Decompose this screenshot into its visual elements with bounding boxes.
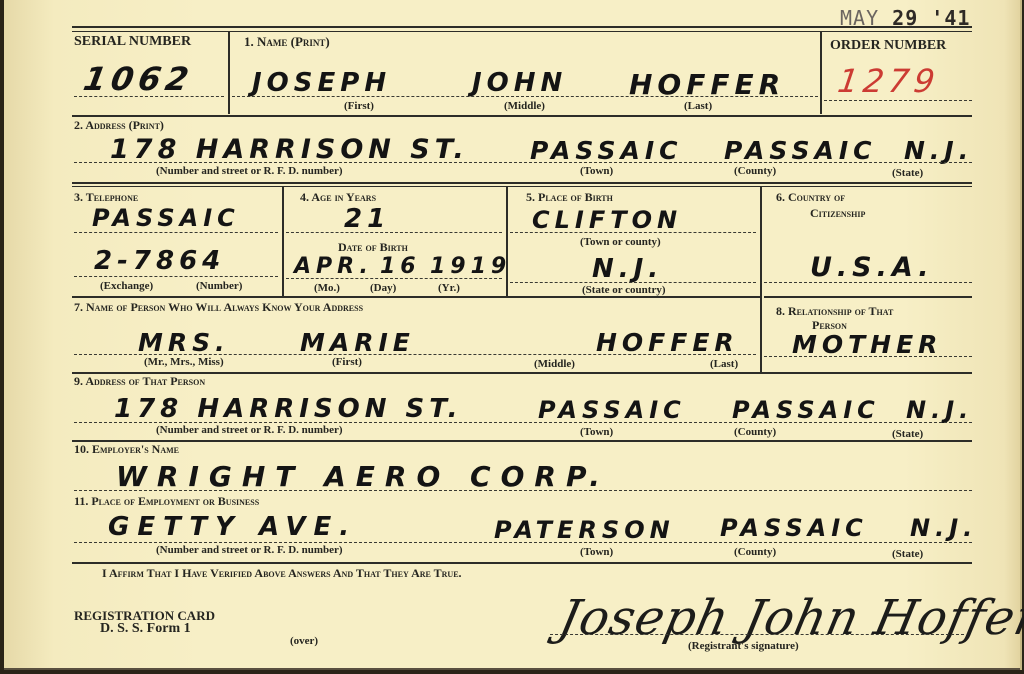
address-dotted-line bbox=[74, 162, 972, 163]
form-name: D. S. S. Form 1 bbox=[100, 621, 191, 637]
citizenship-label-1: 6. Country of bbox=[776, 190, 845, 205]
employment-dotted-line bbox=[74, 542, 972, 543]
birthplace-state-dotted-line bbox=[510, 282, 756, 283]
caption-town: (Town) bbox=[580, 546, 613, 558]
employer-dotted-line bbox=[74, 490, 972, 491]
row-rule bbox=[72, 372, 972, 374]
caption-state: (State) bbox=[892, 548, 923, 560]
telephone-number: 2-7864 bbox=[94, 246, 225, 276]
caption-contact-middle: (Middle) bbox=[534, 358, 575, 370]
contact-address-dotted-line bbox=[74, 422, 972, 423]
contact-address-county: PASSAIC bbox=[732, 396, 880, 424]
caption-yr: (Yr.) bbox=[438, 282, 460, 294]
divider bbox=[506, 186, 508, 296]
address-state: N.J. bbox=[904, 136, 973, 165]
row-rule bbox=[72, 296, 760, 298]
birthplace-town: CLIFTON bbox=[532, 206, 682, 234]
caption-contact-last: (Last) bbox=[710, 358, 738, 370]
caption-last: (Last) bbox=[684, 100, 712, 112]
row-rule bbox=[764, 296, 972, 298]
caption-town-county: (Town or county) bbox=[580, 236, 661, 248]
row-rule bbox=[72, 115, 972, 117]
dob-day: 16 bbox=[380, 254, 421, 279]
dob-dotted-line bbox=[286, 278, 502, 279]
over-note: (over) bbox=[290, 635, 318, 647]
contact-address-street: 178 HARRISON ST. bbox=[114, 394, 462, 424]
caption-first: (First) bbox=[344, 100, 374, 112]
address-town: PASSAIC bbox=[530, 136, 683, 165]
contact-label: 7. Name of Person Who Will Always Know Y… bbox=[74, 300, 363, 315]
address-county: PASSAIC bbox=[724, 136, 877, 165]
telephone-number-dotted-line bbox=[74, 276, 278, 277]
order-number-value: 1279 bbox=[835, 62, 942, 100]
signature-dotted-line bbox=[550, 634, 964, 635]
affirmation-text: I Affirm That I Have Verified Above Answ… bbox=[102, 566, 462, 581]
signature-caption: (Registrant's signature) bbox=[688, 640, 799, 652]
employment-county: PASSAIC bbox=[720, 514, 868, 542]
serial-number-label: SERIAL NUMBER bbox=[74, 34, 191, 50]
age-value: 21 bbox=[344, 204, 390, 234]
dob-month: APR. bbox=[294, 254, 373, 279]
birthplace-dotted-line bbox=[510, 232, 756, 233]
contact-title: MRS. bbox=[138, 328, 230, 357]
caption-state-country: (State or country) bbox=[582, 284, 666, 296]
name-first: JOSEPH bbox=[252, 68, 391, 98]
age-dotted-line bbox=[286, 232, 502, 233]
contact-address-town: PASSAIC bbox=[538, 396, 686, 424]
top-rule bbox=[72, 26, 972, 28]
citizenship-value: U.S.A. bbox=[810, 252, 934, 283]
employer-label: 10. Employer's Name bbox=[74, 442, 179, 457]
caption-street: (Number and street or R. F. D. number) bbox=[156, 165, 343, 177]
row-rule bbox=[72, 562, 972, 564]
contact-dotted-line bbox=[74, 354, 756, 355]
relationship-value: MOTHER bbox=[792, 330, 942, 359]
relationship-label-1: 8. Relationship of That bbox=[776, 304, 893, 319]
caption-state: (State) bbox=[892, 428, 923, 440]
top-rule-thin bbox=[72, 31, 972, 32]
card-bottom-edge bbox=[4, 668, 1020, 670]
contact-first: MARIE bbox=[300, 328, 415, 357]
caption-street: (Number and street or R. F. D. number) bbox=[156, 424, 343, 436]
employment-state: N.J. bbox=[910, 514, 977, 542]
address-label: 2. Address (Print) bbox=[74, 118, 164, 133]
caption-middle: (Middle) bbox=[504, 100, 545, 112]
caption-street: (Number and street or R. F. D. number) bbox=[156, 544, 343, 556]
order-number-label: ORDER NUMBER bbox=[830, 38, 946, 54]
caption-county: (County) bbox=[734, 546, 776, 558]
caption-county: (County) bbox=[734, 426, 776, 438]
telephone-dotted-line bbox=[74, 232, 278, 233]
caption-town: (Town) bbox=[580, 426, 613, 438]
row-rule bbox=[72, 182, 972, 184]
contact-address-label: 9. Address of That Person bbox=[74, 374, 205, 389]
relationship-dotted-line bbox=[764, 356, 972, 357]
telephone-label: 3. Telephone bbox=[74, 190, 138, 205]
caption-mo: (Mo.) bbox=[314, 282, 340, 294]
citizenship-label-2: Citizenship bbox=[810, 206, 865, 221]
order-dotted-line bbox=[824, 100, 972, 101]
registrant-signature: Joseph John Hoffer bbox=[554, 590, 1024, 646]
caption-exchange: (Exchange) bbox=[100, 280, 153, 292]
caption-county: (County) bbox=[734, 165, 776, 177]
divider bbox=[282, 186, 284, 296]
name-dotted-line bbox=[232, 96, 818, 97]
contact-address-state: N.J. bbox=[906, 396, 973, 424]
row-rule-thin bbox=[72, 186, 972, 187]
divider bbox=[228, 32, 230, 114]
name-label: 1. Name (Print) bbox=[244, 34, 330, 50]
contact-last: HOFFER bbox=[596, 328, 739, 357]
divider bbox=[760, 186, 762, 372]
telephone-exchange: PASSAIC bbox=[92, 204, 240, 232]
caption-number: (Number) bbox=[196, 280, 242, 292]
birthplace-label: 5. Place of Birth bbox=[526, 190, 613, 205]
age-label: 4. Age in Years bbox=[300, 190, 376, 205]
divider bbox=[820, 32, 822, 114]
employment-street: GETTY AVE. bbox=[108, 512, 357, 542]
employer-value: WRIGHT AERO CORP. bbox=[116, 460, 610, 493]
caption-title: (Mr., Mrs., Miss) bbox=[144, 356, 224, 368]
employment-town: PATERSON bbox=[494, 516, 675, 544]
name-middle: JOHN bbox=[472, 68, 567, 98]
row-rule bbox=[72, 440, 972, 442]
caption-contact-first: (First) bbox=[332, 356, 362, 368]
caption-state: (State) bbox=[892, 167, 923, 179]
dob-year: 1919 bbox=[430, 254, 511, 279]
registration-card: MAY 29 '41 SERIAL NUMBER 1062 1. Name (P… bbox=[4, 0, 1022, 670]
caption-town: (Town) bbox=[580, 165, 613, 177]
dob-label: Date of Birth bbox=[338, 240, 408, 255]
serial-number-value: 1062 bbox=[81, 60, 197, 98]
employment-place-label: 11. Place of Employment or Business bbox=[74, 494, 259, 509]
citizenship-dotted-line bbox=[764, 282, 972, 283]
caption-day: (Day) bbox=[370, 282, 396, 294]
address-street: 178 HARRISON ST. bbox=[110, 134, 469, 165]
birthplace-state: N.J. bbox=[592, 254, 663, 284]
serial-dotted-line bbox=[74, 96, 224, 97]
